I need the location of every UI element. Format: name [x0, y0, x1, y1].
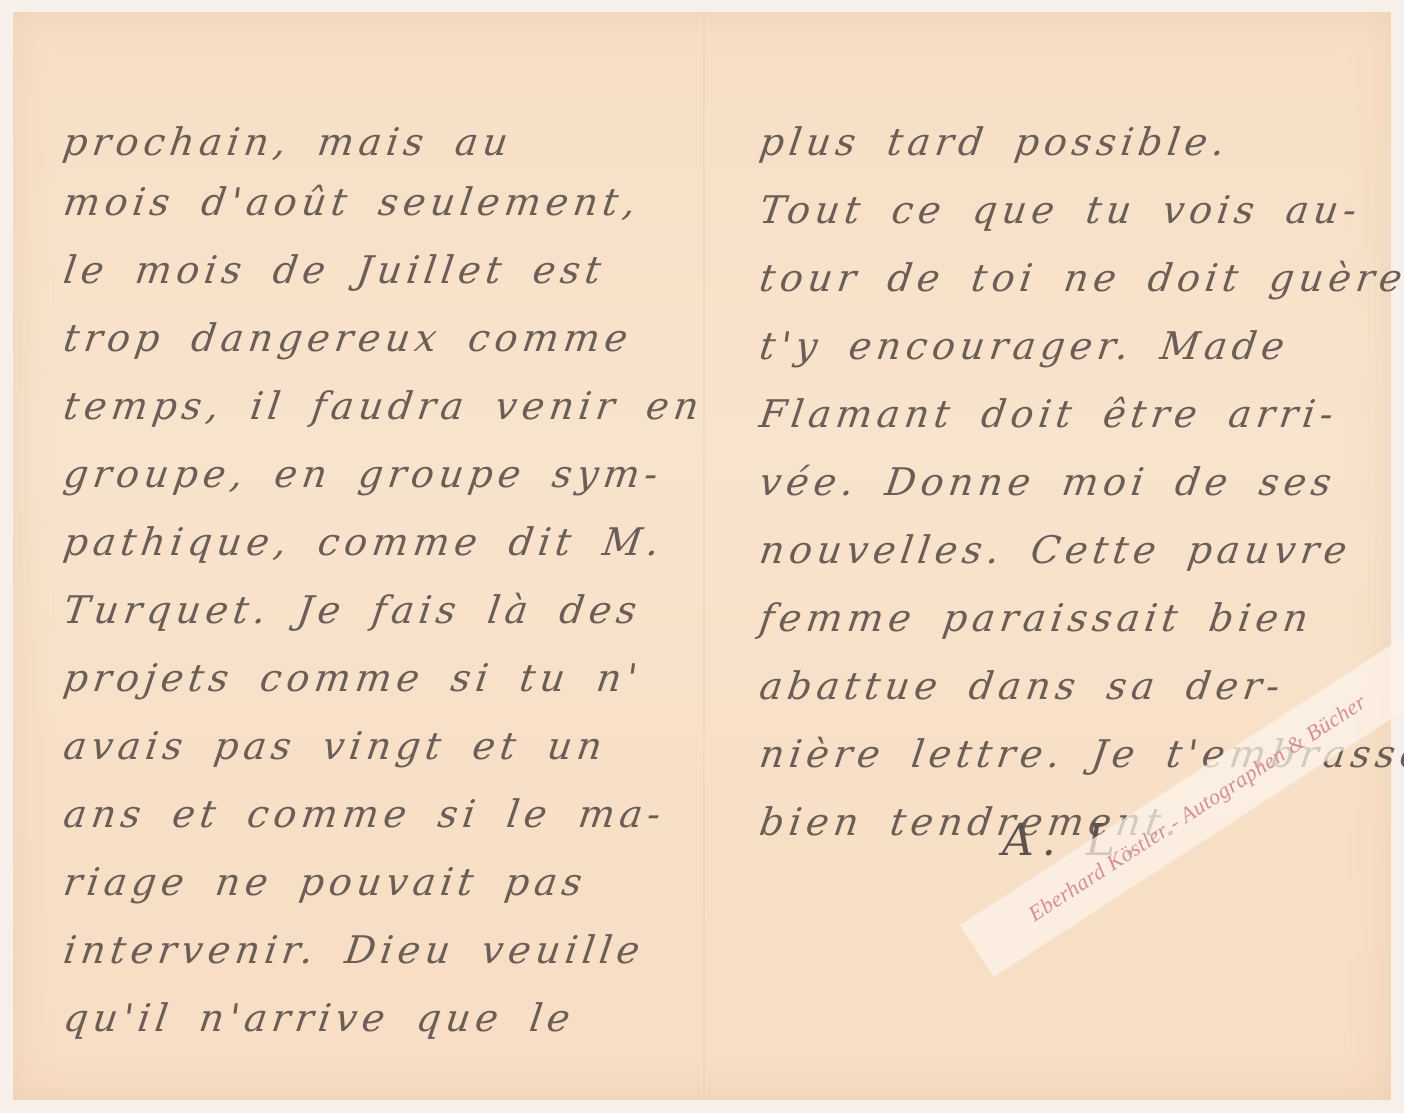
handwritten-line: Turquet. Je fais là des: [59, 576, 699, 644]
handwritten-line: t'y encourager. Made: [755, 312, 1395, 380]
handwritten-line: nouvelles. Cette pauvre: [755, 516, 1395, 584]
handwritten-line: mois d'août seulement,: [59, 168, 699, 236]
handwritten-line: plus tard possible.: [755, 108, 1395, 176]
handwritten-line: le mois de Juillet est: [59, 236, 699, 304]
handwritten-line: qu'il n'arrive que le: [59, 984, 699, 1052]
handwritten-line: tour de toi ne doit guère: [755, 244, 1395, 312]
handwritten-line: riage ne pouvait pas: [59, 848, 699, 916]
handwritten-line: projets comme si tu n': [59, 644, 699, 712]
handwritten-line: Flamant doit être arri-: [755, 380, 1395, 448]
handwritten-line: ans et comme si le ma-: [59, 780, 699, 848]
handwritten-line: femme paraissait bien: [755, 584, 1395, 652]
handwritten-line: Tout ce que tu vois au-: [755, 176, 1395, 244]
center-fold: [703, 12, 705, 1100]
handwritten-line: groupe, en groupe sym-: [59, 440, 699, 508]
handwritten-line: vée. Donne moi de ses: [755, 448, 1395, 516]
handwritten-line: trop dangereux comme: [59, 304, 699, 372]
handwritten-line: temps, il faudra venir en: [59, 372, 699, 440]
left-page-text: prochain, mais au mois d'août seulement,…: [64, 108, 694, 1052]
handwritten-line: avais pas vingt et un: [59, 712, 699, 780]
handwritten-line: prochain, mais au: [60, 108, 698, 168]
handwritten-line: intervenir. Dieu veuille: [59, 916, 699, 984]
handwritten-line: pathique, comme dit M.: [59, 508, 699, 576]
